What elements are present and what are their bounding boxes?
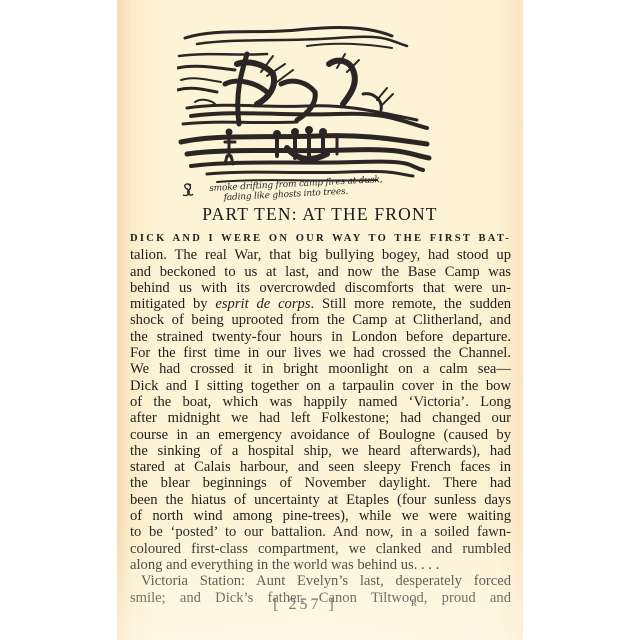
text-line: the strained twenty-four hours in London… [130,329,511,345]
text-line: the blear beginnings of November dayligh… [130,475,511,491]
text-line: of the boat, which was happily named ‘Vi… [130,394,511,410]
text-line: We had crossed it in bright moonlight on… [130,361,511,377]
text-line: and beckoned to us at last, and now the … [130,264,511,280]
artist-monogram-icon [180,182,196,200]
text-line-paragraph-end: along and everything in the world was be… [130,557,511,573]
text-line: after midnight we had left Folkestone; h… [130,410,511,426]
opening-line-smallcaps: DICK AND I WERE ON OUR WAY TO THE FIRST … [130,231,511,247]
text-line-paragraph-start: Victoria Station: Aunt Evelyn’s last, de… [130,573,511,589]
text-line: to be ‘posted’ to our battalion. And now… [130,524,511,540]
text-line: behind us with its overcrowded discomfor… [130,280,511,296]
chapter-body-text: DICK AND I WERE ON OUR WAY TO THE FIRST … [130,231,511,606]
text-line-with-italic: mitigated by esprit de corps. Still more… [130,296,511,312]
text-line: talion. The real War, that big bullying … [130,247,511,263]
text-line: shock of being uprooted from the Camp at… [130,312,511,328]
text-line: coloured first-class compartment, we cla… [130,541,511,557]
page-number: [ 257 ] [255,596,355,614]
text-fragment: mitigated by [130,296,215,312]
signature-mark: R [411,598,417,608]
text-line: Dick and I sitting together on a tarpaul… [130,378,511,394]
text-line: been the hiatus of uncertainty at Etaple… [130,492,511,508]
book-page: smoke drifting from camp fires at dusk, … [117,0,523,640]
part-title: PART TEN: AT THE FRONT [117,204,523,225]
text-line: course in an emergency avoidance of Boul… [130,427,511,443]
text-line: For the first time in our lives we had c… [130,345,511,361]
text-line: stared at Calais harbour, and seen sleep… [130,459,511,475]
text-line: the sinking of a hospital ship, we heard… [130,443,511,459]
text-line: of north wind among pine-trees), while w… [130,508,511,524]
text-fragment: . Still more remote, the sudden [311,296,511,312]
italic-phrase: esprit de corps [215,296,310,312]
